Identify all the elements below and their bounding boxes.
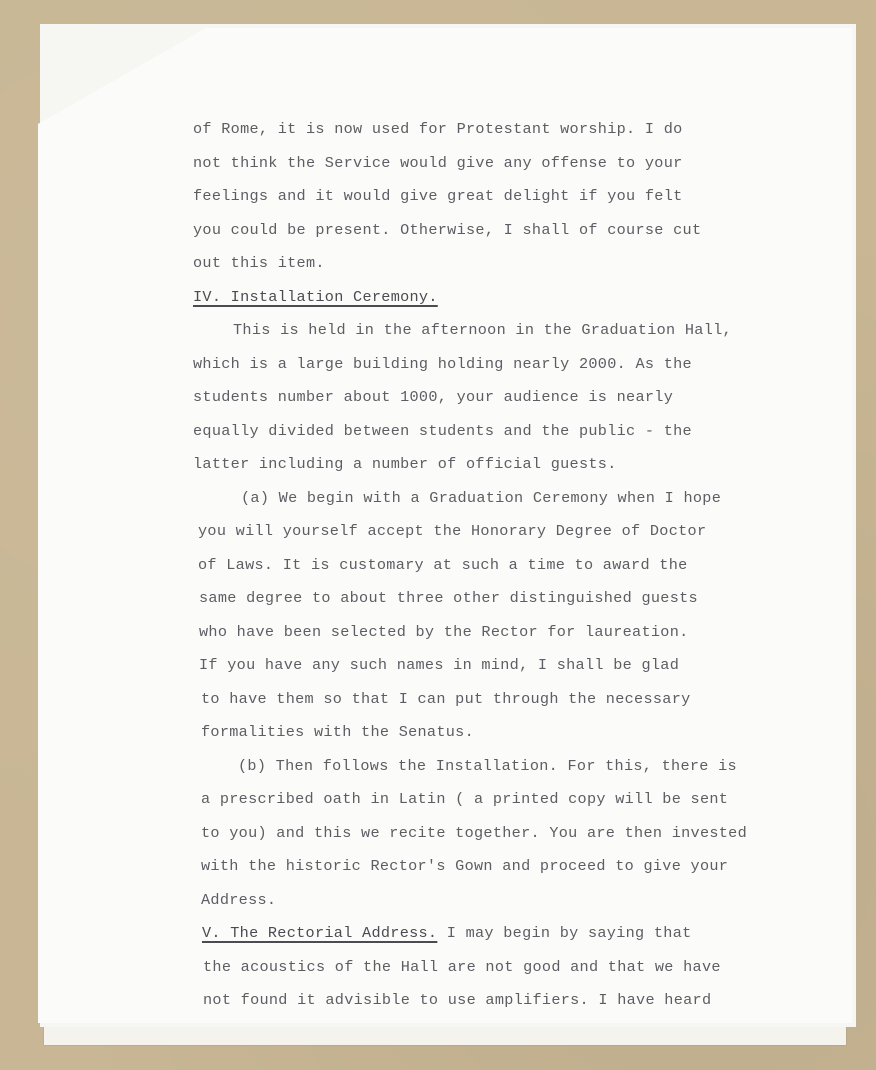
text-line: V. The Rectorial Address. I may begin by… bbox=[193, 917, 813, 951]
text-line: out this item. bbox=[193, 247, 813, 281]
text-line: of Rome, it is now used for Protestant w… bbox=[193, 113, 813, 147]
letter-text: of Rome, it is now used for Protestant w… bbox=[193, 113, 813, 1018]
item-b-paragraph: (b) Then follows the Installation. For t… bbox=[193, 750, 813, 918]
item-a-paragraph: (a) We begin with a Graduation Ceremony … bbox=[193, 482, 813, 750]
text-line: (b) Then follows the Installation. For t… bbox=[193, 750, 813, 784]
section-iv-heading-text: IV. Installation Ceremony. bbox=[193, 288, 438, 306]
text-line: This is held in the afternoon in the Gra… bbox=[193, 314, 813, 348]
text-line: students number about 1000, your audienc… bbox=[193, 381, 813, 415]
text-line: latter including a number of official gu… bbox=[193, 448, 813, 482]
section-v-paragraph: V. The Rectorial Address. I may begin by… bbox=[193, 917, 813, 1018]
section-v-heading: V. The Rectorial Address. bbox=[202, 924, 437, 942]
continuation-paragraph: of Rome, it is now used for Protestant w… bbox=[193, 113, 813, 281]
section-iv-heading: IV. Installation Ceremony. bbox=[193, 281, 813, 315]
text-line: who have been selected by the Rector for… bbox=[193, 616, 813, 650]
text-line: Address. bbox=[193, 884, 813, 918]
text-line: feelings and it would give great delight… bbox=[193, 180, 813, 214]
text-line: to you) and this we recite together. You… bbox=[193, 817, 813, 851]
text-line: of Laws. It is customary at such a time … bbox=[193, 549, 813, 583]
text-line: a prescribed oath in Latin ( a printed c… bbox=[193, 783, 813, 817]
text-line: you could be present. Otherwise, I shall… bbox=[193, 214, 813, 248]
text-line: (a) We begin with a Graduation Ceremony … bbox=[193, 482, 813, 516]
text-line: equally divided between students and the… bbox=[193, 415, 813, 449]
section-iv-paragraph: This is held in the afternoon in the Gra… bbox=[193, 314, 813, 482]
text-line: with the historic Rector's Gown and proc… bbox=[193, 850, 813, 884]
text-line: not found it advisible to use amplifiers… bbox=[193, 984, 813, 1018]
text-line: not think the Service would give any off… bbox=[193, 147, 813, 181]
text-line: same degree to about three other disting… bbox=[193, 582, 813, 616]
text-line: you will yourself accept the Honorary De… bbox=[193, 515, 813, 549]
text-line: the acoustics of the Hall are not good a… bbox=[193, 951, 813, 985]
text-line: If you have any such names in mind, I sh… bbox=[193, 649, 813, 683]
text-line: formalities with the Senatus. bbox=[193, 716, 813, 750]
section-v-first-line: I may begin by saying that bbox=[437, 924, 691, 942]
text-line: to have them so that I can put through t… bbox=[193, 683, 813, 717]
text-line: which is a large building holding nearly… bbox=[193, 348, 813, 382]
